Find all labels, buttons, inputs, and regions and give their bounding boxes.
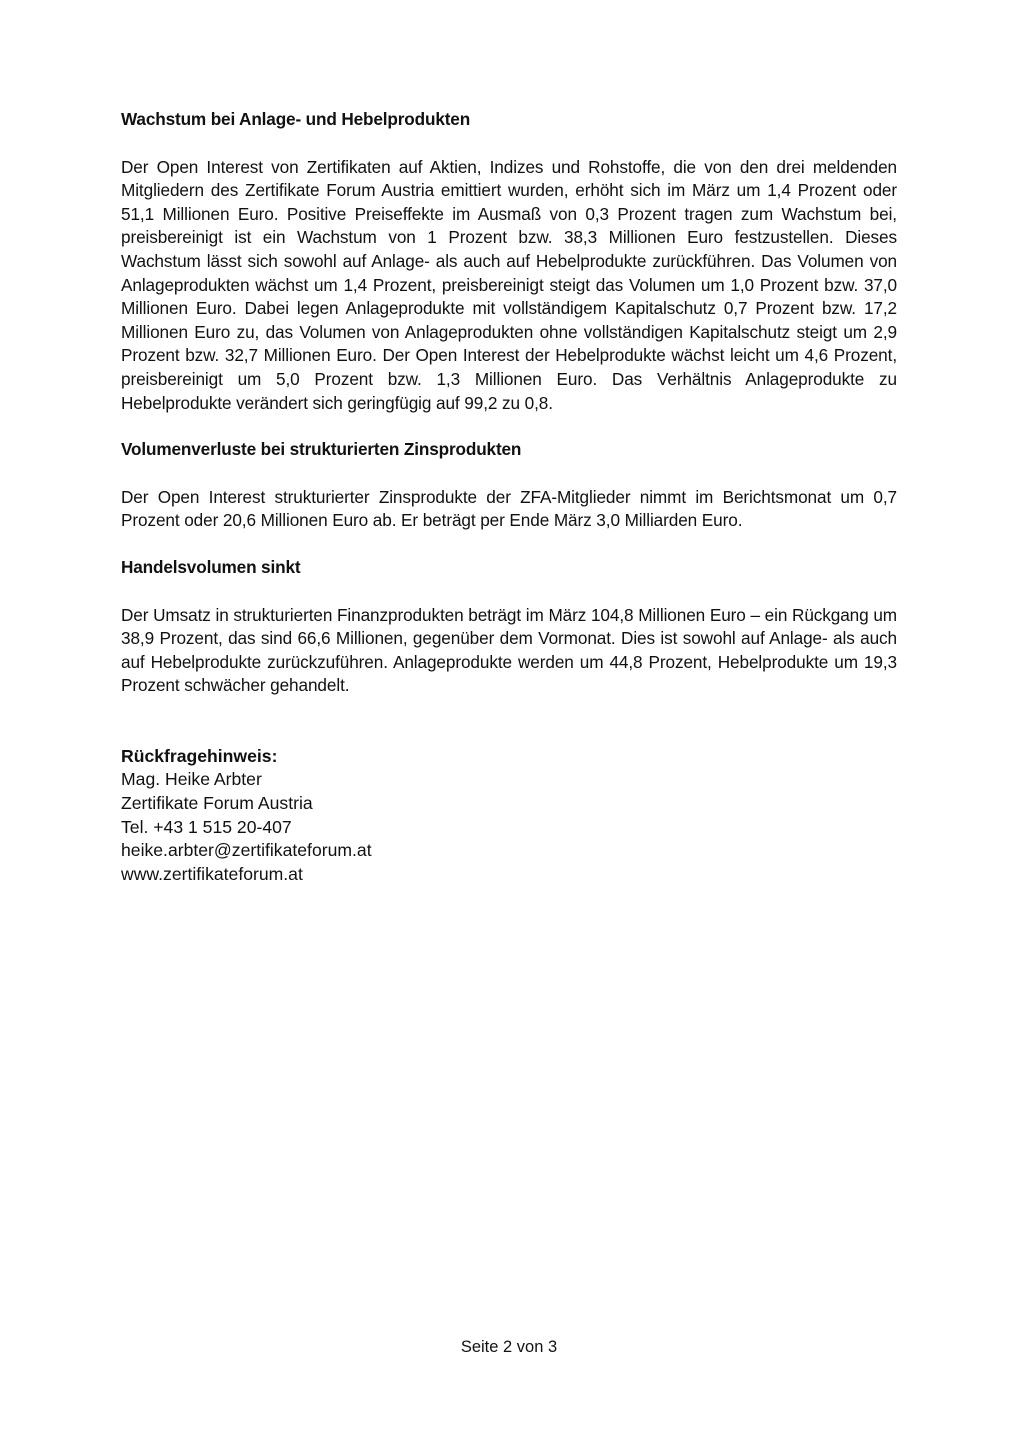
contact-name: Mag. Heike Arbter	[121, 768, 897, 792]
section-growth: Wachstum bei Anlage- und Hebelprodukten …	[121, 108, 897, 415]
page-number: Seite 2 von 3	[0, 1337, 1018, 1357]
section-heading: Wachstum bei Anlage- und Hebelprodukten	[121, 108, 897, 132]
contact-email[interactable]: heike.arbter@zertifikateforum.at	[121, 839, 897, 863]
section-trading-volume: Handelsvolumen sinkt Der Umsatz in struk…	[121, 556, 897, 698]
contact-website[interactable]: www.zertifikateforum.at	[121, 863, 897, 887]
contact-title: Rückfragehinweis:	[121, 745, 897, 769]
contact-block: Rückfragehinweis: Mag. Heike Arbter Zert…	[121, 745, 897, 887]
section-paragraph: Der Open Interest strukturierter Zinspro…	[121, 486, 897, 533]
section-heading: Handelsvolumen sinkt	[121, 556, 897, 580]
section-paragraph: Der Umsatz in strukturierten Finanzprodu…	[121, 604, 897, 698]
contact-phone: Tel. +43 1 515 20-407	[121, 816, 897, 840]
section-heading: Volumenverluste bei strukturierten Zinsp…	[121, 438, 897, 462]
document-page: Wachstum bei Anlage- und Hebelprodukten …	[121, 108, 897, 886]
contact-organization: Zertifikate Forum Austria	[121, 792, 897, 816]
section-interest-products: Volumenverluste bei strukturierten Zinsp…	[121, 438, 897, 533]
section-paragraph: Der Open Interest von Zertifikaten auf A…	[121, 156, 897, 416]
